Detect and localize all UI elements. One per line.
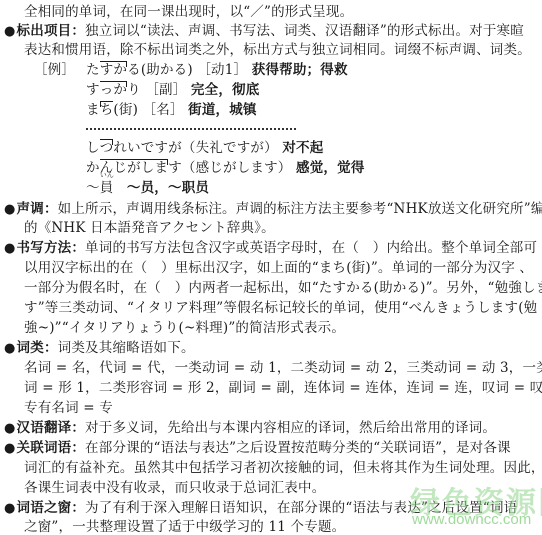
document-page: 全相同的单词，在同一课出现时，以“／”的形式呈现。 ●标出项目：独立词以“读法、…: [0, 0, 542, 535]
meaning: 对不起: [282, 140, 323, 156]
kanji-form: （失礼ですが）: [182, 140, 278, 156]
section-pos-line2: 名词 = 名，代词 = 代，一类动词 = 动 1，二类动词 = 动 2，三类动词…: [24, 358, 542, 378]
example-5: かんじがします（感じがします） 感觉，觉得: [86, 158, 365, 178]
tilde: ～: [86, 180, 100, 196]
meaning: 感觉，觉得: [296, 160, 365, 176]
section-pos-line4: 专有名词 = 专: [24, 398, 113, 418]
section-text: 词类及其缩略语如下。: [58, 340, 195, 356]
section-text: す”等三类动词、“イタリア料理”等假名标记较长的单词，使用“べんきょうします(勉: [24, 300, 537, 316]
kana: し: [86, 140, 100, 156]
accent-mark: ち: [100, 100, 114, 120]
intro-line: 全相同的单词，在同一课出现时，以“／”的形式呈现。: [24, 2, 353, 22]
section-text: 专有名词 = 专: [24, 400, 113, 416]
section-text: 在部分课的“语法与表达”之后设置按范畴分类的“关联词语”，是对各课: [85, 440, 511, 456]
kana: か: [86, 160, 100, 176]
kana: り: [127, 82, 141, 98]
section-writing-line3: 一部分为假名时，在（ ）内两者一起标出，如“たすかる(助かる)”。另外，“勉強し…: [24, 278, 542, 298]
section-writing-line4: す”等三类动词、“イタリア料理”等假名标记较长的单词，使用“べんきょうします(勉: [24, 298, 537, 318]
bullet-icon: ●: [4, 202, 16, 217]
section-text: 之窗”，一共整理设置了适于中级学习的 11 个专题。: [24, 519, 345, 535]
watermark-url: www.downcc.com: [412, 511, 531, 528]
section-writing-line5: 強~)”“イタリアりょうり(~料理)”的简洁形式表示。: [24, 318, 345, 338]
section-heading: 词类：: [17, 340, 58, 356]
accent-mark: つ: [100, 138, 114, 158]
section-items-line2: 表达和惯用语，除不标出词类之外，标出方式与独立词相同。词缀不标声调、词类。: [24, 40, 531, 60]
accent-mark: すか: [100, 60, 127, 80]
example-label: ［例］: [34, 60, 75, 80]
example-4: しつれいですが（失礼ですが） 对不起: [86, 138, 323, 158]
bullet-icon: ●: [4, 341, 16, 356]
bullet-icon: ●: [4, 241, 16, 256]
section-related-line3: 各课生词表中没有收录，而只收录于总词汇表中。: [24, 478, 325, 498]
section-text: 词汇的有益补充。虽然其中包括学习者初次接触的词，但未将其作为生词处理。因此，: [24, 460, 542, 476]
meaning: 街道，城镇: [188, 102, 257, 118]
section-heading: 关联词语：: [17, 440, 86, 456]
section-text: 词 = 形 1，二类形容词 = 形 2，副词 = 副，连体词 = 连体，连词 =…: [24, 380, 542, 396]
kanji-form: (街): [113, 102, 138, 118]
dotted-divider: [86, 128, 296, 132]
section-pos: ●词类：词类及其缩略语如下。: [4, 338, 195, 358]
section-text: 各课生词表中没有收录，而只收录于总词汇表中。: [24, 480, 325, 496]
section-window-line2: 之窗”，一共整理设置了适于中级学习的 11 个专题。: [24, 517, 345, 535]
example-2: すっかり ［副］ 完全，彻底: [86, 80, 259, 100]
section-tone: ●声调：如上所示，声调用线条标注。声调的标注方法主要参考“NHK放送文化研究所”…: [4, 199, 542, 219]
section-text: 名词 = 名，代词 = 代，一类动词 = 动 1，二类动词 = 动 2，三类动词…: [24, 360, 542, 376]
intro-text: 全相同的单词，在同一课出现时，以“／”的形式呈现。: [24, 4, 353, 20]
section-heading: 声调：: [17, 201, 58, 217]
section-text: 強~)”“イタリアりょうり(~料理)”的简洁形式表示。: [24, 320, 345, 336]
section-heading: 词语之窗：: [17, 500, 86, 516]
pos-tag: ［动1］: [197, 62, 247, 78]
section-translation: ●汉语翻译：对于多义词，先给出与本课内容相应的译词，然后给出常用的译词。: [4, 418, 496, 438]
section-heading: 标出项目：: [17, 23, 86, 39]
section-tone-line2: 的《NHK 日本語発音アクセント辞典》。: [24, 218, 275, 238]
kanji-form: （感じがします）: [182, 160, 292, 176]
example-6: ～いん員 ～员，～职员: [86, 178, 209, 198]
kanji: 員: [100, 180, 114, 196]
kana: る: [127, 62, 141, 78]
bullet-icon: ●: [4, 421, 16, 436]
ruby-kanji: いん員: [100, 178, 114, 198]
kana: れいですが: [113, 140, 182, 156]
kana: た: [86, 62, 100, 78]
section-text: 一部分为假名时，在（ ）内两者一起标出，如“たすかる(助かる)”。另外，“勉強し…: [24, 280, 542, 296]
section-related: ●关联词语：在部分课的“语法与表达”之后设置按范畴分类的“关联词语”，是对各课: [4, 438, 511, 458]
section-text: 如上所示，声调用线条标注。声调的标注方法主要参考“NHK放送文化研究所”编: [58, 201, 542, 217]
section-related-line2: 词汇的有益补充。虽然其中包括学习者初次接触的词，但未将其作为生词处理。因此，: [24, 458, 542, 478]
section-heading: 书写方法：: [17, 240, 86, 256]
pos-tag: ［名］: [143, 102, 184, 118]
kana: す: [168, 160, 182, 176]
meaning: 获得帮助；得救: [252, 62, 348, 78]
meaning: ～员，～职员: [127, 180, 209, 196]
bullet-icon: ●: [4, 501, 16, 516]
section-text: 独立词以“读法、声调、书写法、词类、汉语翻译”的形式标出。对于寒暄: [85, 23, 524, 39]
section-text: 以用汉字标出的在（ ）里标出汉字，如上面的“まち(街)”。单词的一部分为汉字 、: [24, 260, 533, 276]
section-items: ●标出项目：独立词以“读法、声调、书写法、词类、汉语翻译”的形式标出。对于寒暄: [4, 21, 524, 41]
pos-tag: ［副］: [145, 82, 186, 98]
bullet-icon: ●: [4, 24, 16, 39]
ruby-reading: いん: [100, 172, 114, 179]
example-1: たすかる(助かる) ［动1］ 获得帮助；得救: [86, 60, 348, 80]
section-heading: 汉语翻译：: [17, 420, 86, 436]
bullet-icon: ●: [4, 441, 16, 456]
meaning: 完全，彻底: [191, 82, 260, 98]
section-writing: ●书写方法：单词的书写方法包含汉字或英语字母时，在（ ）内给出。整个单词全部可: [4, 238, 537, 258]
section-text: 表达和惯用语，除不标出词类之外，标出方式与独立词相同。词缀不标声调、词类。: [24, 42, 531, 58]
kana: ま: [86, 102, 100, 118]
section-text: 的《NHK 日本語発音アクセント辞典》。: [24, 220, 275, 236]
accent-mark: っか: [100, 80, 127, 100]
kanji-form: (助かる): [141, 62, 193, 78]
example-3: まち(街) ［名］ 街道，城镇: [86, 100, 257, 120]
section-text: 单词的书写方法包含汉字或英语字母时，在（ ）内给出。整个单词全部可: [85, 240, 537, 256]
section-writing-line2: 以用汉字标出的在（ ）里标出汉字，如上面的“まち(街)”。单词的一部分为汉字 、: [24, 258, 533, 278]
section-text: 对于多义词，先给出与本课内容相应的译词，然后给出常用的译词。: [85, 420, 496, 436]
section-pos-line3: 词 = 形 1，二类形容词 = 形 2，副词 = 副，连体词 = 连体，连词 =…: [24, 378, 542, 398]
kana: す: [86, 82, 100, 98]
